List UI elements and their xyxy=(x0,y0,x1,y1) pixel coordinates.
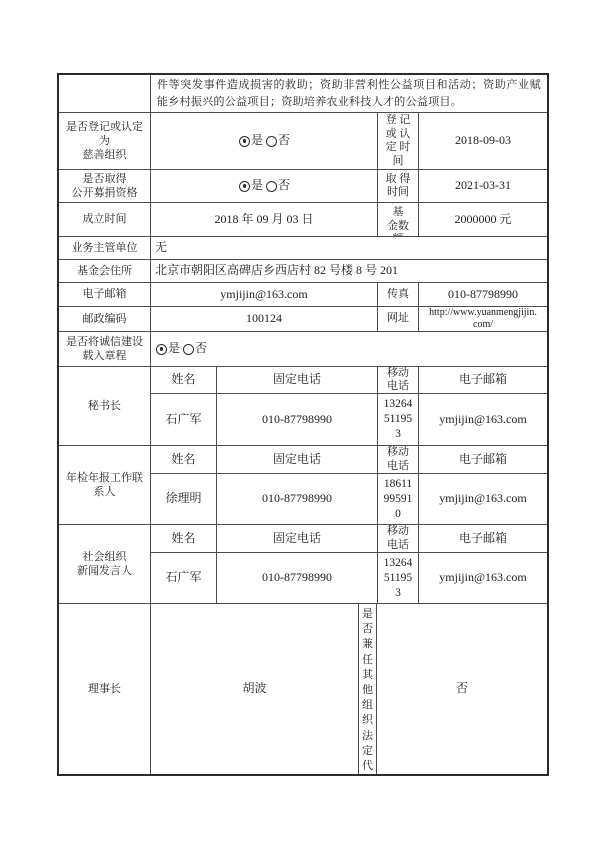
original-fund-label: 原始基 金数额 xyxy=(378,203,419,237)
landline-header: 固定电话 xyxy=(217,446,378,474)
original-fund-value: 2000000 元 xyxy=(419,203,547,237)
table-row: 成立时间 2018 年 09 月 03 日 原始基 金数额 2000000 元 xyxy=(59,203,547,237)
address-label: 基金会住所 xyxy=(59,260,151,283)
registration-time-label: 登 记 或 认 定 时 间 xyxy=(378,113,419,170)
fundraising-cell: 是否 xyxy=(151,170,378,203)
spokesperson-email: ymjijin@163.com xyxy=(419,553,547,604)
name-header: 姓名 xyxy=(151,446,217,474)
fax-label: 传真 xyxy=(378,283,419,307)
obtain-time-label: 取 得 时间 xyxy=(378,170,419,203)
integrity-cell: 是否 xyxy=(151,332,547,367)
secretary-label: 秘书长 xyxy=(59,367,151,446)
name-header: 姓名 xyxy=(151,525,217,553)
chairman-row: 理事长 胡波 是否兼任其他组织法定代 否 xyxy=(59,604,547,774)
radio-yes-label: 是 xyxy=(251,178,263,194)
obtain-time-value: 2021-03-31 xyxy=(419,170,547,203)
foundation-annual-report-table: 件等突发事件造成损害的救助；资助非营利性公益项目和活动；资助产业赋能乡村振兴的公… xyxy=(57,73,549,776)
radio-no-icon[interactable] xyxy=(266,136,277,147)
table-row: 基金会住所 北京市朝阳区高碑店乡西店村 82 号楼 8 号 201 xyxy=(59,260,547,283)
email-label: 电子邮箱 xyxy=(59,283,151,307)
integrity-label: 是否将诚信建设 载入章程 xyxy=(59,332,151,367)
table-row: 是否登记或认定为 慈善组织 是否 登 记 或 认 定 时 间 2018-09-0… xyxy=(59,113,547,170)
annual-contact-email: ymjijin@163.com xyxy=(419,474,547,525)
mobile-header: 移动 电话 xyxy=(378,525,419,553)
fundraising-label: 是否取得 公开募捐资格 xyxy=(59,170,151,203)
person-data-row: 石广军 010-87798990 13264 51195 3 ymjijin@1… xyxy=(151,394,547,446)
mobile-header: 移动 电话 xyxy=(378,446,419,474)
person-data-row: 徐理明 010-87798990 18611 99591 0 ymjijin@1… xyxy=(151,474,547,525)
landline-header: 固定电话 xyxy=(217,525,378,553)
email-value: ymjijin@163.com xyxy=(151,283,378,307)
postal-label: 邮政编码 xyxy=(59,307,151,332)
website-label: 网址 xyxy=(378,307,419,332)
annual-contact-landline: 010-87798990 xyxy=(217,474,378,525)
radio-yes-selected-icon[interactable] xyxy=(239,181,250,192)
person-header-row: 姓名 固定电话 移动 电话 电子邮箱 xyxy=(151,525,547,553)
radio-no-label: 否 xyxy=(278,133,290,149)
empty-label-cell xyxy=(59,75,151,113)
person-header-row: 姓名 固定电话 移动 电话 电子邮箱 xyxy=(151,446,547,474)
postal-value: 100124 xyxy=(151,307,378,332)
radio-yes-label: 是 xyxy=(251,133,263,149)
business-scope-continuation: 件等突发事件造成损害的救助；资助非营利性公益项目和活动；资助产业赋能乡村振兴的公… xyxy=(151,75,547,113)
mobile-header: 移动 电话 xyxy=(378,367,419,394)
radio-no-icon[interactable] xyxy=(183,344,194,355)
established-value: 2018 年 09 月 03 日 xyxy=(151,203,378,237)
email-header: 电子邮箱 xyxy=(419,446,547,474)
annual-contact-label: 年检年报工作联 系人 xyxy=(59,446,151,525)
table-row: 件等突发事件造成损害的救助；资助非营利性公益项目和活动；资助产业赋能乡村振兴的公… xyxy=(59,75,547,113)
name-header: 姓名 xyxy=(151,367,217,394)
radio-no-label: 否 xyxy=(278,178,290,194)
spokesperson-section: 社会组织 新闻发言人 姓名 固定电话 移动 电话 电子邮箱 石广军 010-87… xyxy=(59,525,547,604)
person-header-row: 姓名 固定电话 移动 电话 电子邮箱 xyxy=(151,367,547,394)
email-header: 电子邮箱 xyxy=(419,525,547,553)
chairman-concurrent-label: 是否兼任其他组织法定代 xyxy=(359,604,377,774)
chairman-label: 理事长 xyxy=(59,604,151,774)
spokesperson-name: 石广军 xyxy=(151,553,217,604)
integrity-radio-group: 是否 xyxy=(155,341,207,357)
spokesperson-label: 社会组织 新闻发言人 xyxy=(59,525,151,604)
annual-contact-mobile: 18611 99591 0 xyxy=(378,474,419,525)
chairman-name: 胡波 xyxy=(151,604,359,774)
landline-header: 固定电话 xyxy=(217,367,378,394)
charity-status-label: 是否登记或认定为 慈善组织 xyxy=(59,113,151,170)
email-header: 电子邮箱 xyxy=(419,367,547,394)
secretary-name: 石广军 xyxy=(151,394,217,446)
charity-radio-group: 是否 xyxy=(238,133,290,149)
person-data-row: 石广军 010-87798990 13264 51195 3 ymjijin@1… xyxy=(151,553,547,604)
table-row: 业务主管单位 无 xyxy=(59,237,547,260)
secretary-section: 秘书长 姓名 固定电话 移动 电话 电子邮箱 石广军 010-87798990 … xyxy=(59,367,547,446)
chairman-concurrent-value: 否 xyxy=(377,604,547,774)
radio-no-label: 否 xyxy=(195,341,207,357)
table-row: 邮政编码 100124 网址 http://www.yuanmengjijin.… xyxy=(59,307,547,332)
radio-yes-label: 是 xyxy=(168,341,180,357)
address-value: 北京市朝阳区高碑店乡西店村 82 号楼 8 号 201 xyxy=(151,260,547,283)
spokesperson-mobile: 13264 51195 3 xyxy=(378,553,419,604)
spokesperson-landline: 010-87798990 xyxy=(217,553,378,604)
fundraising-radio-group: 是否 xyxy=(238,178,290,194)
established-label: 成立时间 xyxy=(59,203,151,237)
annual-contact-section: 年检年报工作联 系人 姓名 固定电话 移动 电话 电子邮箱 徐理明 010-87… xyxy=(59,446,547,525)
registration-time-value: 2018-09-03 xyxy=(419,113,547,170)
table-row: 是否取得 公开募捐资格 是否 取 得 时间 2021-03-31 xyxy=(59,170,547,203)
radio-yes-selected-icon[interactable] xyxy=(156,344,167,355)
supervisor-value: 无 xyxy=(151,237,547,260)
radio-no-icon[interactable] xyxy=(266,181,277,192)
secretary-email: ymjijin@163.com xyxy=(419,394,547,446)
secretary-landline: 010-87798990 xyxy=(217,394,378,446)
secretary-mobile: 13264 51195 3 xyxy=(378,394,419,446)
website-value: http://www.yuanmengjijin. com/ xyxy=(419,307,547,332)
fax-value: 010-87798990 xyxy=(419,283,547,307)
annual-contact-name: 徐理明 xyxy=(151,474,217,525)
radio-yes-selected-icon[interactable] xyxy=(239,136,250,147)
supervisor-label: 业务主管单位 xyxy=(59,237,151,260)
charity-status-cell: 是否 xyxy=(151,113,378,170)
table-row: 电子邮箱 ymjijin@163.com 传真 010-87798990 xyxy=(59,283,547,307)
table-row: 是否将诚信建设 载入章程 是否 xyxy=(59,332,547,367)
